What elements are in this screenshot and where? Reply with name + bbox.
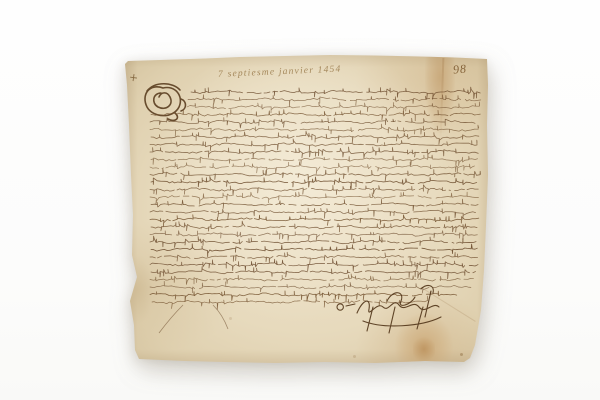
- handwriting-line: [150, 291, 457, 302]
- handwriting-line: [150, 208, 476, 219]
- handwriting-line: [150, 124, 479, 136]
- parchment-sheet: 7 septiesme janvier 1454 98 +: [125, 55, 488, 365]
- handwriting-line: [151, 110, 480, 121]
- handwriting-line: [150, 117, 475, 128]
- handwriting-line: [188, 95, 481, 107]
- handwriting-line: [151, 267, 479, 279]
- handwriting-line: [150, 230, 477, 240]
- handwriting-line: [150, 259, 478, 272]
- handwriting-line: [150, 192, 479, 204]
- flourish-descenders: [159, 305, 228, 333]
- handwriting-line: [191, 87, 483, 99]
- handwriting-line: [150, 162, 479, 175]
- signature-paraph: [337, 286, 441, 333]
- handwriting-line: [150, 236, 480, 248]
- manuscript-photo: 7 septiesme janvier 1454 98 +: [125, 55, 488, 365]
- handwriting-line: [150, 274, 474, 285]
- handwriting-layer: [125, 55, 488, 365]
- handwriting-line: [151, 155, 478, 166]
- handwriting-line: [150, 147, 478, 158]
- handwriting-line: [152, 296, 428, 309]
- handwriting-line: [150, 252, 478, 263]
- handwriting-lines: [150, 87, 483, 309]
- decorated-initial: [145, 84, 186, 121]
- handwriting-line: [150, 215, 479, 226]
- handwriting-line: [151, 131, 479, 144]
- handwriting-line: [151, 221, 477, 232]
- handwriting-line: [151, 244, 477, 257]
- handwriting-line: [150, 139, 477, 152]
- handwriting-line: [150, 185, 478, 196]
- handwriting-line: [151, 177, 477, 189]
